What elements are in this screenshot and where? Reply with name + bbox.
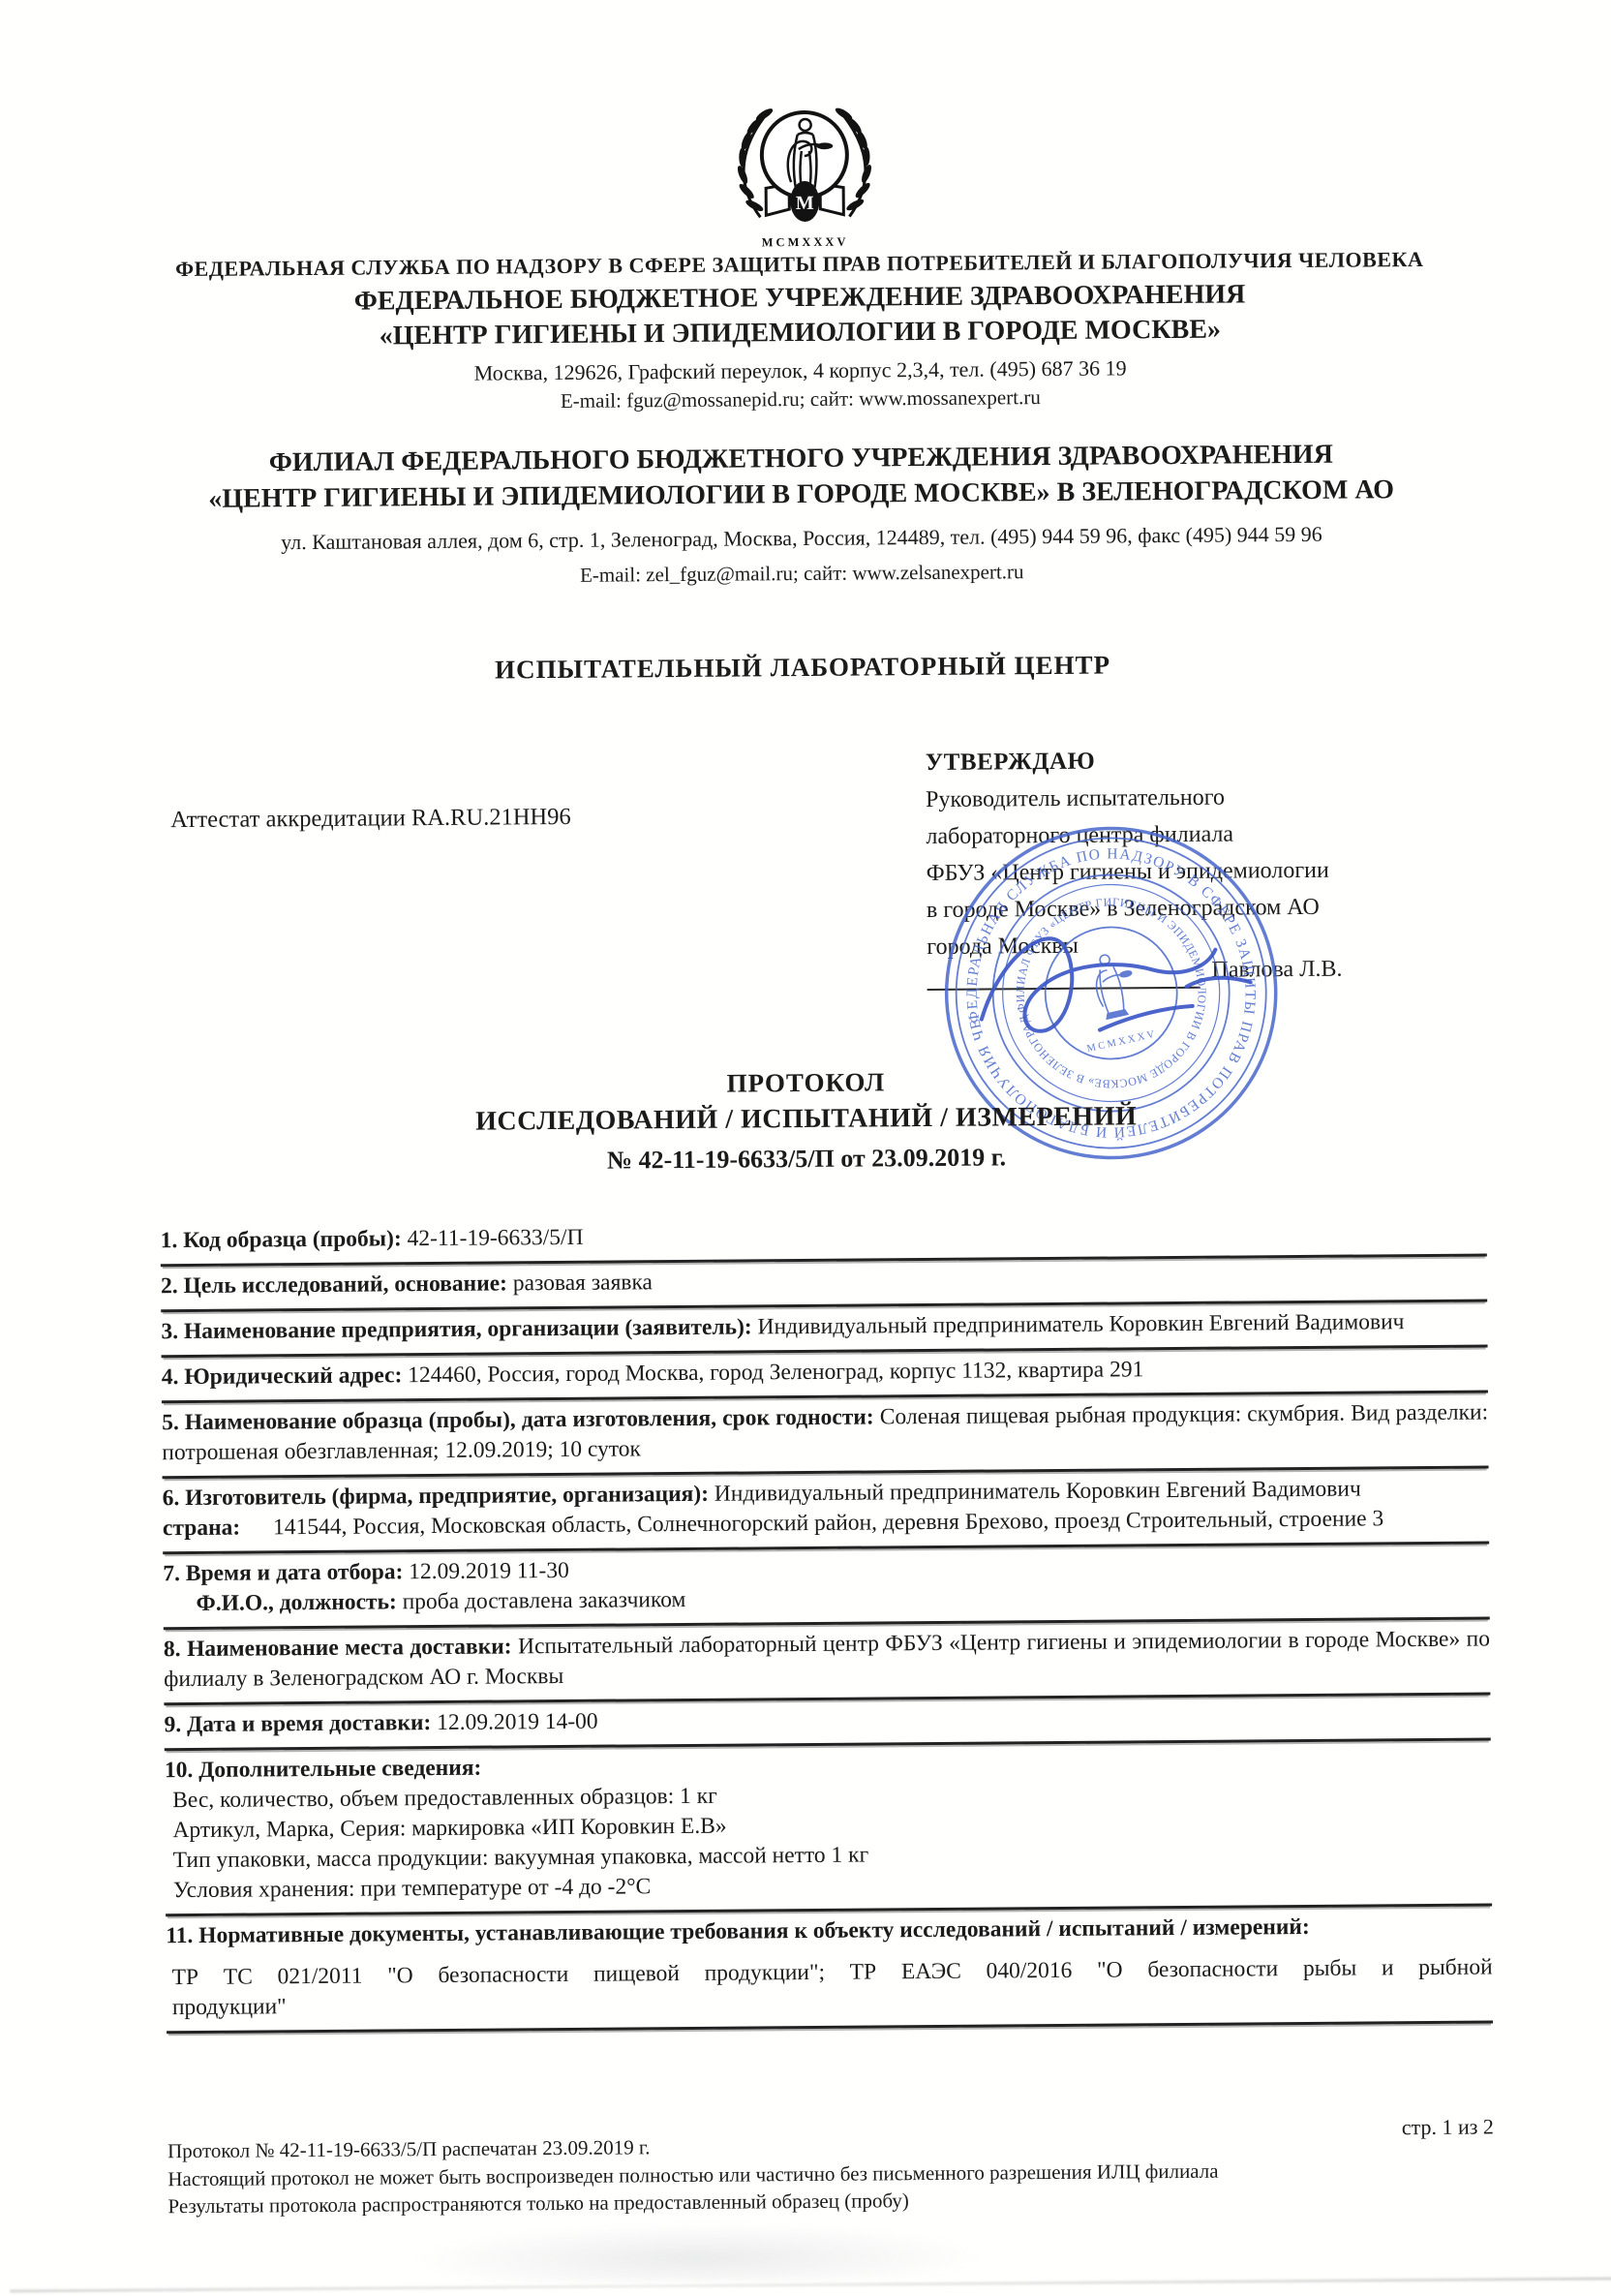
item-value: разовая заявка (513, 1270, 653, 1296)
item-sub-label: страна: (163, 1515, 240, 1542)
item-label: 4. Юридический адрес: (162, 1362, 403, 1390)
item-sample-name: 5. Наименование образца (пробы), дата из… (162, 1393, 1489, 1479)
item-sampling-time: 7. Время и дата отбора: 12.09.2019 11-30… (163, 1544, 1490, 1630)
emblem-monogram: M (796, 193, 814, 214)
item-additional-info: 10. Дополнительные сведения: Вес, количе… (165, 1740, 1492, 1916)
branch-address: ул. Каштановая аллея, дом 6, стр. 1, Зел… (0, 519, 1607, 557)
lab-center-title: ИСПЫТАТЕЛЬНЫЙ ЛАБОРАТОРНЫЙ ЦЕНТР (0, 646, 1608, 689)
page-footer: стр. 1 из 2 Протокол № 42-11-19-6633/5/П… (167, 2111, 1495, 2219)
protocol-subtitle: ИССЛЕДОВАНИЙ / ИСПЫТАНИЙ / ИЗМЕРЕНИЙ (1, 1097, 1611, 1141)
approve-title: УТВЕРЖДАЮ (926, 741, 1390, 781)
item-label: 1. Код образца (пробы): (161, 1226, 402, 1253)
accreditation-certificate: Аттестат аккредитации RA.RU.21HH96 (170, 804, 571, 834)
item-value: 124460, Россия, город Москва, город Зеле… (408, 1357, 1143, 1388)
scan-smudge (407, 2221, 988, 2284)
item-value: 12.09.2019 11-30 (409, 1558, 569, 1584)
item-label: 3. Наименование предприятия, организации… (161, 1314, 751, 1344)
item-label: 2. Цель исследований, основание: (161, 1270, 507, 1299)
protocol-number: № 42-11-19-6633/5/П от 23.09.2019 г. (1, 1138, 1611, 1179)
item-sub-value: проба доставлена заказчиком (403, 1587, 686, 1614)
item-value: Индивидуальный предприниматель Коровкин … (714, 1477, 1361, 1507)
item-normative-docs: 11. Нормативные документы, устанавливающ… (166, 1906, 1493, 2034)
item-sub-label: Ф.И.О., должность: (197, 1589, 397, 1616)
document-page: M MCMXXXV ФЕДЕРАЛЬНАЯ СЛУЖБА ПО НАДЗОРУ … (0, 0, 1611, 2296)
protocol-items: 1. Код образца (пробы): 42-11-19-6633/5/… (161, 1210, 1494, 2034)
item-label: 10. Дополнительные сведения: (165, 1756, 482, 1784)
item-label: 8. Наименование места доставки: (164, 1634, 512, 1662)
item-label: 11. Нормативные документы, устанавливающ… (166, 1914, 1310, 1948)
item-value: 12.09.2019 14-00 (437, 1709, 598, 1735)
item-value: 42-11-19-6633/5/П (408, 1225, 584, 1251)
item-delivery-place: 8. Наименование места доставки: Испытате… (164, 1619, 1491, 1705)
scanned-sheet: M MCMXXXV ФЕДЕРАЛЬНАЯ СЛУЖБА ПО НАДЗОРУ … (0, 0, 1611, 2296)
item-value: Индивидуальный предприниматель Коровкин … (757, 1309, 1404, 1339)
branch-contacts: E-mail: zel_fguz@mail.ru; сайт: www.zels… (0, 555, 1607, 592)
handwritten-signature (954, 893, 1274, 1070)
branch-name-line2: «ЦЕНТР ГИГИЕНЫ И ЭПИДЕМИОЛОГИИ В ГОРОДЕ … (0, 473, 1607, 516)
hygieia-emblem-icon: M MCMXXXV (716, 92, 892, 253)
item-sub-value: 141544, Россия, Московская область, Солн… (273, 1506, 1383, 1540)
approver-line: Руководитель испытательного (926, 778, 1390, 818)
protocol-title: ПРОТОКОЛ (0, 1061, 1611, 1104)
page-number: стр. 1 из 2 (1402, 2113, 1494, 2141)
item-label: 7. Время и дата отбора: (163, 1559, 403, 1586)
item-label: 9. Дата и время доставки: (164, 1710, 431, 1737)
item-label: 5. Наименование образца (пробы), дата из… (162, 1404, 874, 1435)
item-label: 6. Изготовитель (фирма, предприятие, орг… (163, 1482, 709, 1511)
emblem-year: MCMXXXV (762, 235, 849, 250)
item-manufacturer: 6. Изготовитель (фирма, предприятие, орг… (163, 1468, 1490, 1554)
